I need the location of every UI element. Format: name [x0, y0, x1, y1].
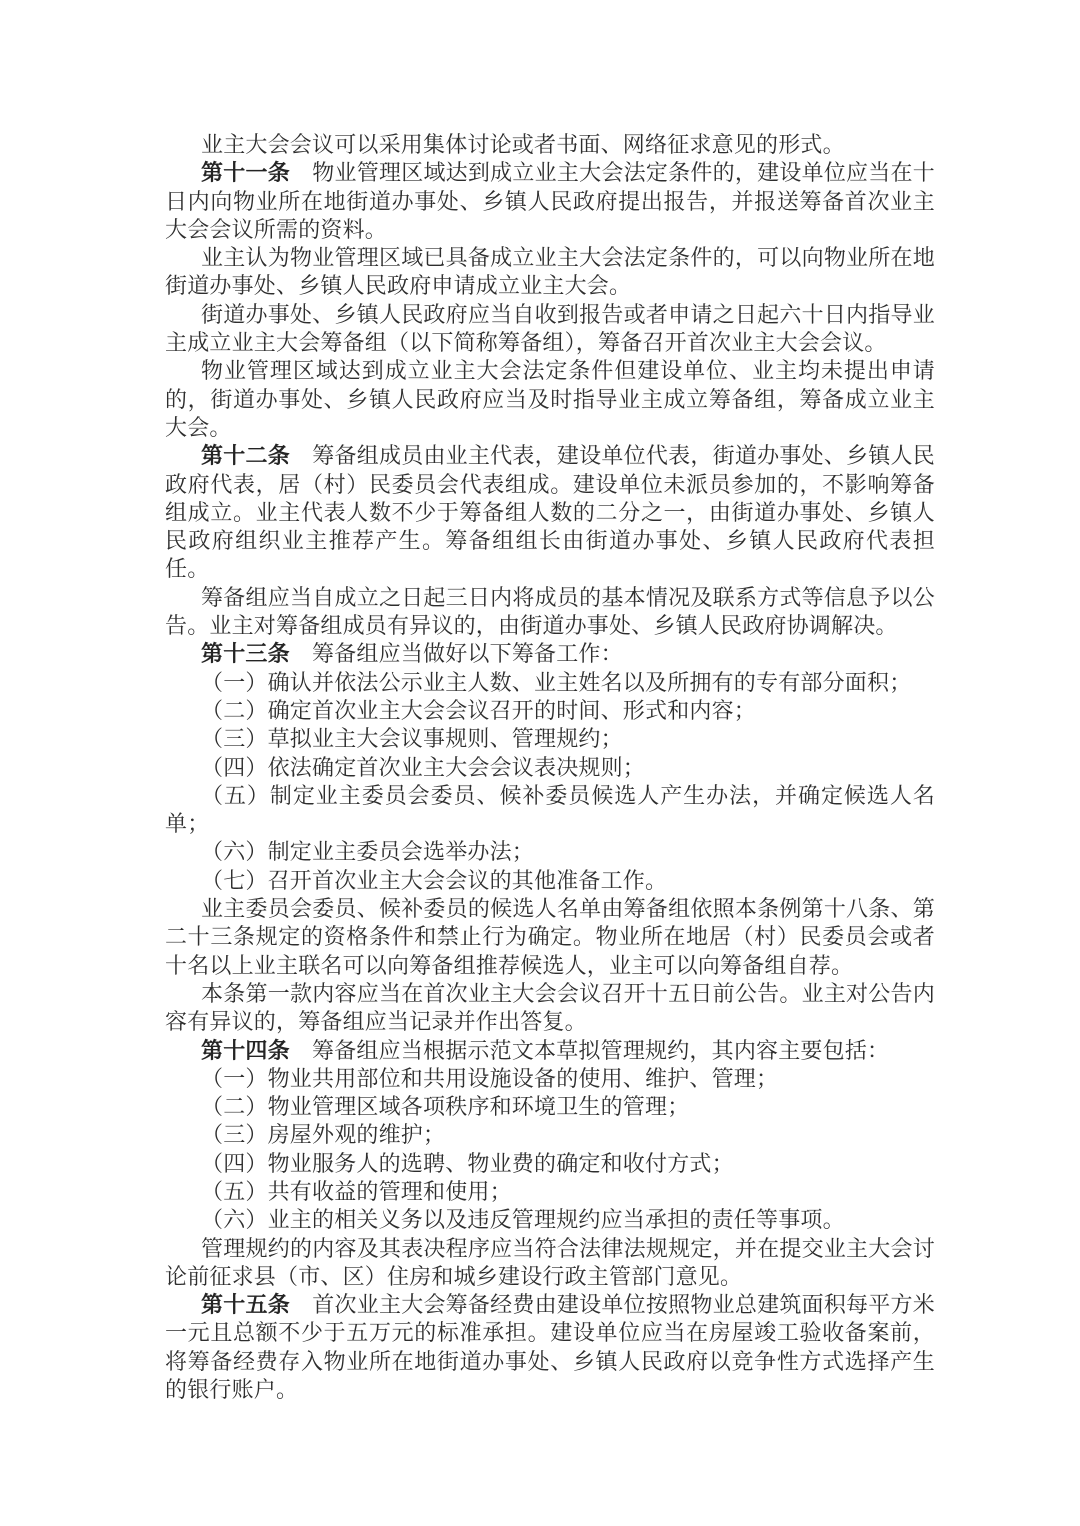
regulation-text-block: 业主大会会议可以采用集体讨论或者书面、网络征求意见的形式。第十一条 物业管理区域…: [165, 131, 935, 1404]
numbered-item-paragraph: （三）房屋外观的维护；: [165, 1121, 935, 1149]
numbered-item-paragraph: （二）确定首次业主大会会议召开的时间、形式和内容；: [165, 697, 935, 725]
article-number: 第十五条: [201, 1292, 290, 1317]
body-paragraph: 物业管理区域达到成立业主大会法定条件但建设单位、业主均未提出申请的，街道办事处、…: [165, 357, 935, 442]
article-paragraph: 第十四条 筹备组应当根据示范文本草拟管理规约，其内容主要包括：: [165, 1037, 935, 1065]
article-paragraph: 第十三条 筹备组应当做好以下筹备工作：: [165, 640, 935, 668]
body-paragraph: 筹备组应当自成立之日起三日内将成员的基本情况及联系方式等信息予以公告。业主对筹备…: [165, 584, 935, 641]
numbered-item-paragraph: （四）依法确定首次业主大会会议表决规则；: [165, 754, 935, 782]
body-paragraph: 街道办事处、乡镇人民政府应当自收到报告或者申请之日起六十日内指导业主成立业主大会…: [165, 301, 935, 358]
body-paragraph: 本条第一款内容应当在首次业主大会会议召开十五日前公告。业主对公告内容有异议的，筹…: [165, 980, 935, 1037]
body-paragraph: 业主委员会委员、候补委员的候选人名单由筹备组依照本条例第十八条、第二十三条规定的…: [165, 895, 935, 980]
article-paragraph: 第十二条 筹备组成员由业主代表，建设单位代表，街道办事处、乡镇人民政府代表，居（…: [165, 442, 935, 583]
numbered-item-paragraph: （三）草拟业主大会议事规则、管理规约；: [165, 725, 935, 753]
body-paragraph: 业主认为物业管理区域已具备成立业主大会法定条件的，可以向物业所在地街道办事处、乡…: [165, 244, 935, 301]
article-number: 第十三条: [201, 641, 290, 666]
article-number: 第十一条: [201, 160, 290, 185]
body-paragraph: 业主大会会议可以采用集体讨论或者书面、网络征求意见的形式。: [165, 131, 935, 159]
numbered-item-paragraph: （五）共有收益的管理和使用；: [165, 1178, 935, 1206]
article-number: 第十二条: [201, 443, 290, 468]
numbered-item-paragraph: （六）制定业主委员会选举办法；: [165, 838, 935, 866]
document-page: 业主大会会议可以采用集体讨论或者书面、网络征求意见的形式。第十一条 物业管理区域…: [0, 0, 1080, 1526]
numbered-item-paragraph: （六）业主的相关义务以及违反管理规约应当承担的责任等事项。: [165, 1206, 935, 1234]
numbered-item-paragraph: （五）制定业主委员会委员、候补委员候选人产生办法，并确定候选人名单；: [165, 782, 935, 839]
numbered-item-paragraph: （一）确认并依法公示业主人数、业主姓名以及所拥有的专有部分面积；: [165, 669, 935, 697]
numbered-item-paragraph: （一）物业共用部位和共用设施设备的使用、维护、管理；: [165, 1065, 935, 1093]
body-paragraph: 管理规约的内容及其表决程序应当符合法律法规规定，并在提交业主大会讨论前征求县（市…: [165, 1235, 935, 1292]
numbered-item-paragraph: （四）物业服务人的选聘、物业费的确定和收付方式；: [165, 1150, 935, 1178]
article-paragraph: 第十五条 首次业主大会筹备经费由建设单位按照物业总建筑面积每平方米一元且总额不少…: [165, 1291, 935, 1404]
numbered-item-paragraph: （二）物业管理区域各项秩序和环境卫生的管理；: [165, 1093, 935, 1121]
article-paragraph: 第十一条 物业管理区域达到成立业主大会法定条件的，建设单位应当在十日内向物业所在…: [165, 159, 935, 244]
numbered-item-paragraph: （七）召开首次业主大会会议的其他准备工作。: [165, 867, 935, 895]
article-number: 第十四条: [201, 1038, 290, 1063]
